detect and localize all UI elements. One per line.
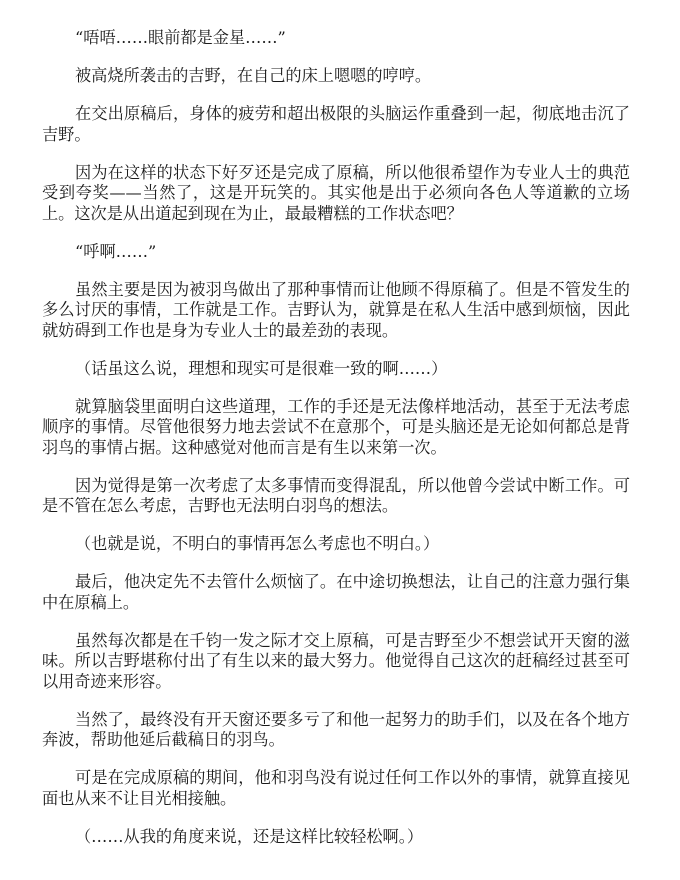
paragraph-hands-wont-move: 就算脑袋里面明白这些道理，工作的手还是无法像样地活动，甚至于无法考虑顺序的事情。…: [42, 397, 630, 459]
paragraph-no-eye-contact: 可是在完成原稿的期间，他和羽鸟没有说过任何工作以外的事情，就算直接见面也从来不让…: [42, 768, 630, 809]
paragraph-miracle-effort: 虽然每次都是在千钧一发之际才交上原稿，可是吉野至少不想尝试开天窗的滋味。所以吉野…: [42, 631, 630, 693]
paragraph-praise-joke: 因为在这样的状态下好歹还是完成了原稿，所以他很希望作为专业人士的典范受到夸奖——…: [42, 163, 630, 225]
paragraph-work-is-work: 虽然主要是因为被羽鸟做出了那种事情而让他顾不得原稿了。但是不管发生的多么讨厌的事…: [42, 280, 630, 342]
paragraph-dialogue-sigh: “呼啊……”: [42, 242, 630, 263]
paragraph-thought-ideal-reality: （话虽这么说，理想和现实可是很难一致的啊……）: [42, 359, 630, 380]
paragraph-thought-easier: （……从我的角度来说，还是这样比较轻松啊。）: [42, 827, 630, 848]
paragraph-fever: 被高烧所袭击的吉野，在自己的床上嗯嗯的哼哼。: [42, 66, 630, 87]
paragraph-confusion: 因为觉得是第一次考虑了太多事情而变得混乱，所以他曾今尝试中断工作。可是不管在怎么…: [42, 476, 630, 517]
paragraph-exhaustion: 在交出原稿后，身体的疲劳和超出极限的头脑运作重叠到一起，彻底地击沉了吉野。: [42, 104, 630, 145]
paragraph-focus-on-manuscript: 最后，他决定先不去管什么烦恼了。在中途切换想法，让自己的注意力强行集中在原稿上。: [42, 572, 630, 613]
paragraph-thought-dont-understand: （也就是说，不明白的事情再怎么考虑也不明白。）: [42, 534, 630, 555]
paragraph-dialogue-groan: “唔唔……眼前都是金星……”: [42, 28, 630, 49]
document-page: “唔唔……眼前都是金星……” 被高烧所袭击的吉野，在自己的床上嗯嗯的哼哼。 在交…: [42, 28, 630, 865]
paragraph-thanks-assistants: 当然了，最终没有开天窗还要多亏了和他一起努力的助手们，以及在各个地方奔波，帮助他…: [42, 710, 630, 751]
